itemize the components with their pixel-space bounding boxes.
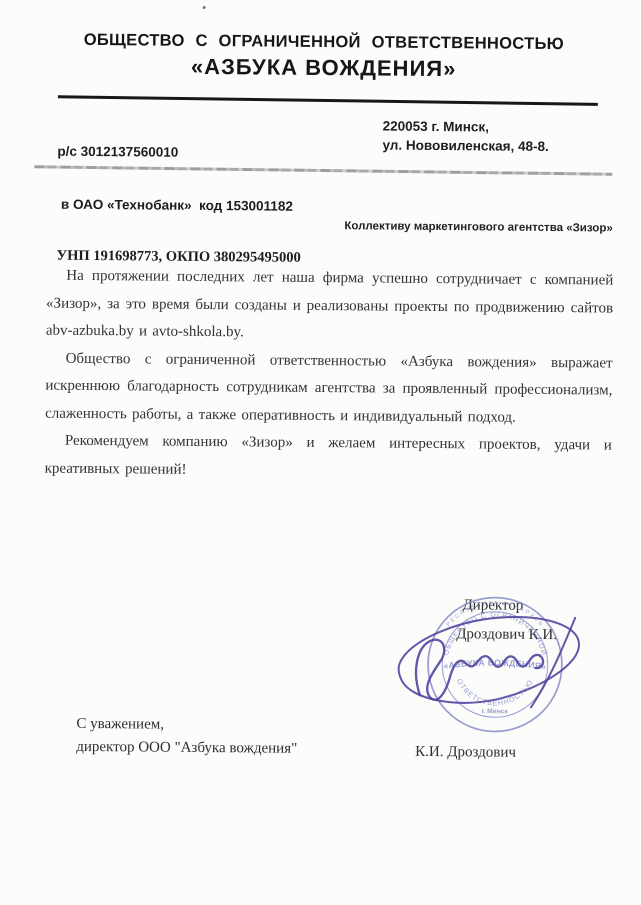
org-postal-address: 220053 г. Минск, ул. Нововиленская, 48-8… [382,118,549,156]
addressee-line: Коллективу маркетингового агентства «Зиз… [344,220,613,234]
scan-artifact-dot [203,6,206,9]
address-street-line: ул. Нововиленская, 48-8. [382,136,549,156]
body-paragraph-2: Общество с ограниченной ответственностью… [45,345,613,432]
bank-name-and-code: в ОАО «Технобанк» код 153001182 [57,195,301,215]
address-city-line: 220053 г. Минск, [383,118,550,138]
body-paragraph-1: На протяжении последних лет наша фирма у… [46,263,614,350]
closing-salutation: С уважением, [76,713,297,737]
signature-oval-stroke [398,616,579,704]
letterhead-divider-top [58,95,598,106]
closing-block: С уважением, директор ООО "Азбука вожден… [76,713,297,760]
handwritten-signature [390,610,593,714]
org-type-title: ОБЩЕСТВО С ОГРАНИЧЕННОЙ ОТВЕТСТВЕННОСТЬЮ [3,30,641,55]
scanned-letter: ОБЩЕСТВО С ОГРАНИЧЕННОЙ ОТВЕТСТВЕННОСТЬЮ… [0,0,641,905]
letter-content: ОБЩЕСТВО С ОГРАНИЧЕННОЙ ОТВЕТСТВЕННОСТЬЮ… [0,0,641,905]
body-paragraph-3: Рекомендуем компанию «Зизор» и желаем ин… [45,428,612,488]
letterhead: ОБЩЕСТВО С ОГРАНИЧЕННОЙ ОТВЕТСТВЕННОСТЬЮ… [3,30,641,84]
closing-signer-name: К.И. Дроздович [415,744,516,762]
bank-account-number: р/с 3012137560010 [57,143,301,163]
org-name-title: «АЗБУКА ВОЖДЕНИЯ» [3,52,641,84]
closing-position: директор ООО "Азбука вождения" [76,735,297,759]
signature-tail-stroke [531,617,575,707]
letter-body: На протяжении последних лет наша фирма у… [45,263,614,488]
